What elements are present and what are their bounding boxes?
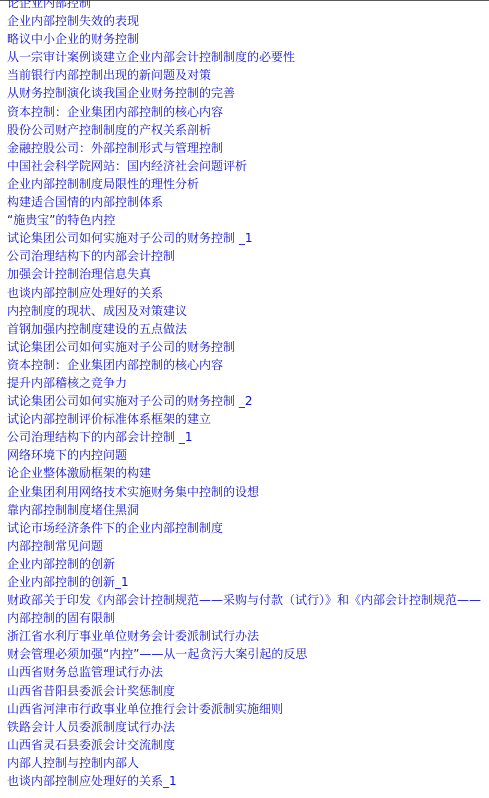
list-item: 浙江省水利厅事业单位财务会计委派制试行办法 — [7, 627, 481, 645]
article-link[interactable]: 企业内部控制失效的表现 — [7, 14, 139, 28]
list-item: 提升内部稽核之竞争力 — [7, 374, 481, 392]
list-item: 股份公司财产控制制度的产权关系剖析 — [7, 121, 481, 139]
article-link[interactable]: 从财务控制演化谈我国企业财务控制的完善 — [7, 86, 235, 100]
article-link[interactable]: 试论市场经济条件下的企业内部控制制度 — [7, 521, 223, 535]
list-item: 财政部关于印发《内部会计控制规范——采购与付款（试行）》和《内部会计控制规范—— — [7, 591, 481, 609]
article-link[interactable]: 财会管理必须加强“内控”——从一起贪污大案引起的反思 — [7, 647, 307, 661]
article-link[interactable]: 内部控制的固有限制 — [7, 611, 115, 625]
article-link[interactable]: 企业内部控制制度局限性的理性分析 — [7, 177, 199, 191]
article-link[interactable]: 试论集团公司如何实施对子公司的财务控制 _1 — [7, 231, 252, 245]
list-item: 略议中小企业的财务控制 — [7, 30, 481, 48]
article-link[interactable]: 从一宗审计案例谈建立企业内部会计控制制度的必要性 — [7, 50, 295, 64]
article-link[interactable]: “施贵宝”的特色内控 — [7, 213, 115, 227]
list-item: 首钢加强内控制度建设的五点做法 — [7, 320, 481, 338]
list-item: 试论集团公司如何实施对子公司的财务控制 _1 — [7, 229, 481, 247]
list-item: 试论集团公司如何实施对子公司的财务控制 _2 — [7, 392, 481, 410]
article-link[interactable]: 企业内部控制的创新 — [7, 557, 115, 571]
article-link[interactable]: 资本控制：企业集团内部控制的核心内容 — [7, 105, 223, 119]
list-item: 加强会计控制治理信息失真 — [7, 265, 481, 283]
list-item: 铁路会计人员委派制度试行办法 — [7, 718, 481, 736]
article-link[interactable]: 企业内部控制的创新_1 — [7, 575, 129, 589]
article-link[interactable]: 山西省灵石县委派会计交流制度 — [7, 738, 175, 752]
article-link[interactable]: 内部控制常见问题 — [7, 539, 103, 553]
list-item: 试论市场经济条件下的企业内部控制制度 — [7, 519, 481, 537]
list-item: 中国社会科学院网站：国内经济社会问题评析 — [7, 157, 481, 175]
list-item: “施贵宝”的特色内控 — [7, 211, 481, 229]
list-item: 靠内部控制制度堵住黑洞 — [7, 501, 481, 519]
list-item: 试论内部控制评价标准体系框架的建立 — [7, 410, 481, 428]
list-item: 内部控制的固有限制 — [7, 609, 481, 627]
list-item: 山西省灵石县委派会计交流制度 — [7, 736, 481, 754]
list-item: 也谈内部控制应处理好的关系 — [7, 284, 481, 302]
list-item: 山西省河津市行政事业单位推行会计委派制实施细则 — [7, 700, 481, 718]
article-link[interactable]: 提升内部稽核之竞争力 — [7, 376, 127, 390]
article-link[interactable]: 论企业内部控制 — [7, 0, 91, 10]
article-link[interactable]: 山西省昔阳县委派会计奖惩制度 — [7, 684, 175, 698]
article-link[interactable]: 公司治理结构下的内部会计控制 — [7, 249, 175, 263]
list-item: 论企业内部控制 — [7, 0, 481, 12]
list-item: 从一宗审计案例谈建立企业内部会计控制制度的必要性 — [7, 48, 481, 66]
article-link[interactable]: 金融控股公司：外部控制形式与管理控制 — [7, 141, 223, 155]
list-item: 内部人控制与控制内部人 — [7, 754, 481, 772]
article-link[interactable]: 山西省财务总监管理试行办法 — [7, 665, 163, 679]
article-link[interactable]: 靠内部控制制度堵住黑洞 — [7, 503, 139, 517]
list-item: 论企业整体激励框架的构建 — [7, 464, 481, 482]
list-item: 公司治理结构下的内部会计控制 — [7, 247, 481, 265]
list-item: 公司治理结构下的内部会计控制 _1 — [7, 428, 481, 446]
list-item: 企业内部控制制度局限性的理性分析 — [7, 175, 481, 193]
article-link[interactable]: 当前银行内部控制出现的新问题及对策 — [7, 68, 211, 82]
article-link[interactable]: 网络环境下的内控问题 — [7, 448, 127, 462]
list-item: 试论集团公司如何实施对子公司的财务控制 — [7, 338, 481, 356]
article-link[interactable]: 试论集团公司如何实施对子公司的财务控制 — [7, 340, 235, 354]
article-link[interactable]: 也谈内部控制应处理好的关系 — [7, 286, 163, 300]
list-item: 网络环境下的内控问题 — [7, 446, 481, 464]
list-item: 资本控制：企业集团内部控制的核心内容 — [7, 103, 481, 121]
list-item: 当前银行内部控制出现的新问题及对策 — [7, 66, 481, 84]
list-item: 内控制度的现状、成因及对策建议 — [7, 302, 481, 320]
article-link[interactable]: 加强会计控制治理信息失真 — [7, 267, 151, 281]
article-link[interactable]: 山西省河津市行政事业单位推行会计委派制实施细则 — [7, 702, 283, 716]
list-item: 财会管理必须加强“内控”——从一起贪污大案引起的反思 — [7, 645, 481, 663]
list-item: 金融控股公司：外部控制形式与管理控制 — [7, 139, 481, 157]
article-link[interactable]: 也谈内部控制应处理好的关系_1 — [7, 774, 177, 788]
list-item: 企业内部控制的创新 — [7, 555, 481, 573]
list-item: 企业内部控制的创新_1 — [7, 573, 481, 591]
list-item: 从财务控制演化谈我国企业财务控制的完善 — [7, 84, 481, 102]
list-item: 企业集团利用网络技术实施财务集中控制的设想 — [7, 483, 481, 501]
list-item: 内部控制常见问题 — [7, 537, 481, 555]
article-link-list: 论企业内部控制 企业内部控制失效的表现 略议中小企业的财务控制 从一宗审计案例谈… — [7, 0, 481, 790]
article-link[interactable]: 试论集团公司如何实施对子公司的财务控制 _2 — [7, 394, 252, 408]
article-link[interactable]: 内控制度的现状、成因及对策建议 — [7, 304, 187, 318]
article-link[interactable]: 内部人控制与控制内部人 — [7, 756, 139, 770]
article-link[interactable]: 试论内部控制评价标准体系框架的建立 — [7, 412, 211, 426]
list-item: 构建适合国情的内部控制体系 — [7, 193, 481, 211]
list-item: 山西省财务总监管理试行办法 — [7, 663, 481, 681]
article-link[interactable]: 财政部关于印发《内部会计控制规范——采购与付款（试行）》和《内部会计控制规范—— — [7, 593, 481, 607]
list-item: 山西省昔阳县委派会计奖惩制度 — [7, 682, 481, 700]
article-link[interactable]: 股份公司财产控制制度的产权关系剖析 — [7, 123, 211, 137]
article-link[interactable]: 构建适合国情的内部控制体系 — [7, 195, 163, 209]
article-link[interactable]: 资本控制：企业集团内部控制的核心内容 — [7, 358, 223, 372]
article-link[interactable]: 论企业整体激励框架的构建 — [7, 466, 151, 480]
article-link[interactable]: 中国社会科学院网站：国内经济社会问题评析 — [7, 159, 247, 173]
article-link[interactable]: 铁路会计人员委派制度试行办法 — [7, 720, 175, 734]
article-link[interactable]: 企业集团利用网络技术实施财务集中控制的设想 — [7, 485, 259, 499]
article-link[interactable]: 略议中小企业的财务控制 — [7, 32, 139, 46]
list-item: 资本控制：企业集团内部控制的核心内容 — [7, 356, 481, 374]
article-link[interactable]: 浙江省水利厅事业单位财务会计委派制试行办法 — [7, 629, 259, 643]
list-item: 企业内部控制失效的表现 — [7, 12, 481, 30]
list-item: 也谈内部控制应处理好的关系_1 — [7, 772, 481, 790]
article-link[interactable]: 首钢加强内控制度建设的五点做法 — [7, 322, 187, 336]
article-link[interactable]: 公司治理结构下的内部会计控制 _1 — [7, 430, 192, 444]
